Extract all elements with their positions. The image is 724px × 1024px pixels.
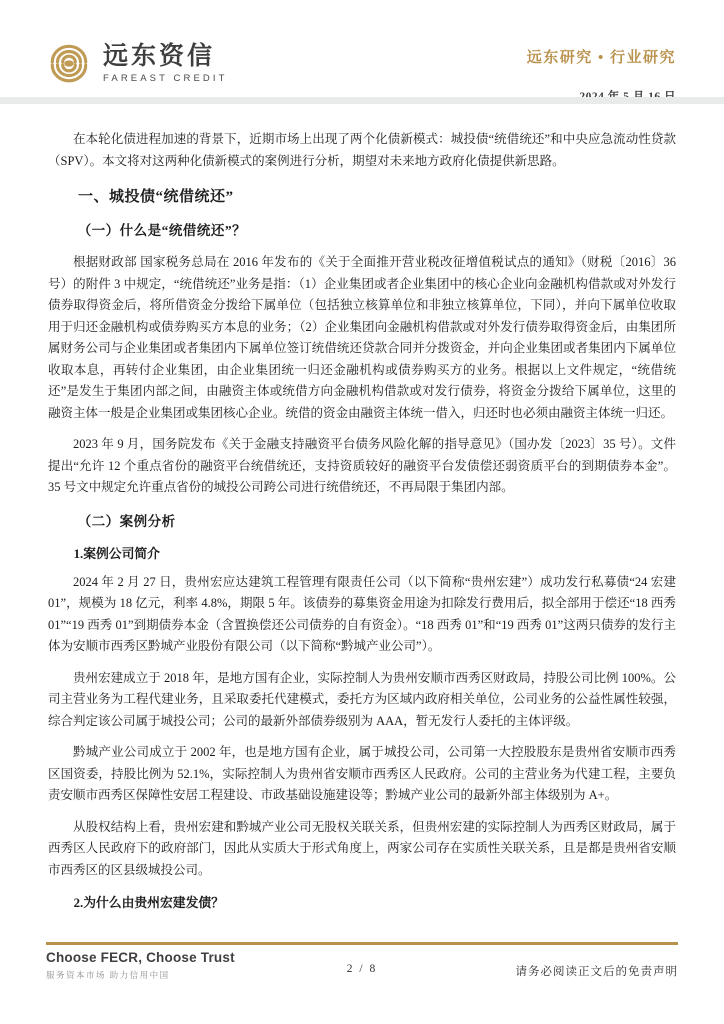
page-footer: Choose FECR, Choose Trust 服务资本市场 助力信用中国 … [46,942,678,981]
document-body: 在本轮化债进程加速的背景下，近期市场上出现了两个化债新模式：城投债“统借统还”和… [48,129,676,921]
footer-row: Choose FECR, Choose Trust 服务资本市场 助力信用中国 … [46,950,678,981]
footer-disclaimer: 请务必阅读正文后的免责声明 [448,963,678,979]
footer-slogan: Choose FECR, Choose Trust 服务资本市场 助力信用中国 [46,950,276,981]
brand-name-cn: 远东资信 [103,42,228,70]
intro-paragraph: 在本轮化债进程加速的背景下，近期市场上出现了两个化债新模式：城投债“统借统还”和… [48,129,676,172]
brand-wordmark: 远东资信 FAREAST CREDIT [103,42,228,84]
fareast-credit-logo-icon [46,40,92,86]
case-intro-heading: 1.案例公司简介 [48,543,676,562]
why-hongjian-heading: 2.为什么由贵州宏建发债？ [48,892,676,911]
equity-relation-paragraph: 从股权结构上看，贵州宏建和黔城产业公司无股权关联关系，但贵州宏建的实际控制人为西… [48,817,676,882]
policy-2023-paragraph: 2023 年 9 月，国务院发布《关于金融支持融资平台债务风险化解的指导意见》（… [48,434,676,499]
page-number: 2 / 8 [276,963,448,975]
page-header: 远东资信 FAREAST CREDIT 远东研究 • 行业研究 2024 年 5… [0,0,724,104]
header-right: 远东研究 • 行业研究 2024 年 5 月 16 日 [527,46,676,104]
footer-slogan-en: Choose FECR, Choose Trust [46,950,276,966]
bond-issue-paragraph: 2024 年 2 月 27 日，贵州宏应达建筑工程管理有限责任公司（以下简称“贵… [48,572,676,658]
footer-slogan-cn: 服务资本市场 助力信用中国 [46,969,276,981]
header-divider [0,97,724,104]
section-1-heading: 一、城投债“统借统还” [48,185,676,206]
subsection-1-2-heading: （二）案例分析 [48,510,676,530]
report-series-title: 远东研究 • 行业研究 [527,46,676,67]
subsection-1-1-heading: （一）什么是“统借统还”？ [48,219,676,239]
qiancheng-paragraph: 黔城产业公司成立于 2002 年，也是地方国有企业，属于城投公司，公司第一大控股… [48,742,676,807]
report-page: 远东资信 FAREAST CREDIT 远东研究 • 行业研究 2024 年 5… [0,0,724,1024]
footer-divider [46,942,678,945]
brand-logo: 远东资信 FAREAST CREDIT [46,40,228,86]
guizhou-hongjian-paragraph: 贵州宏建成立于 2018 年，是地方国有企业，实际控制人为贵州安顺市西秀区财政局… [48,668,676,733]
brand-name-en: FAREAST CREDIT [103,73,228,84]
definition-paragraph: 根据财政部 国家税务总局在 2016 年发布的《关于全面推开营业税改征增值税试点… [48,252,676,424]
